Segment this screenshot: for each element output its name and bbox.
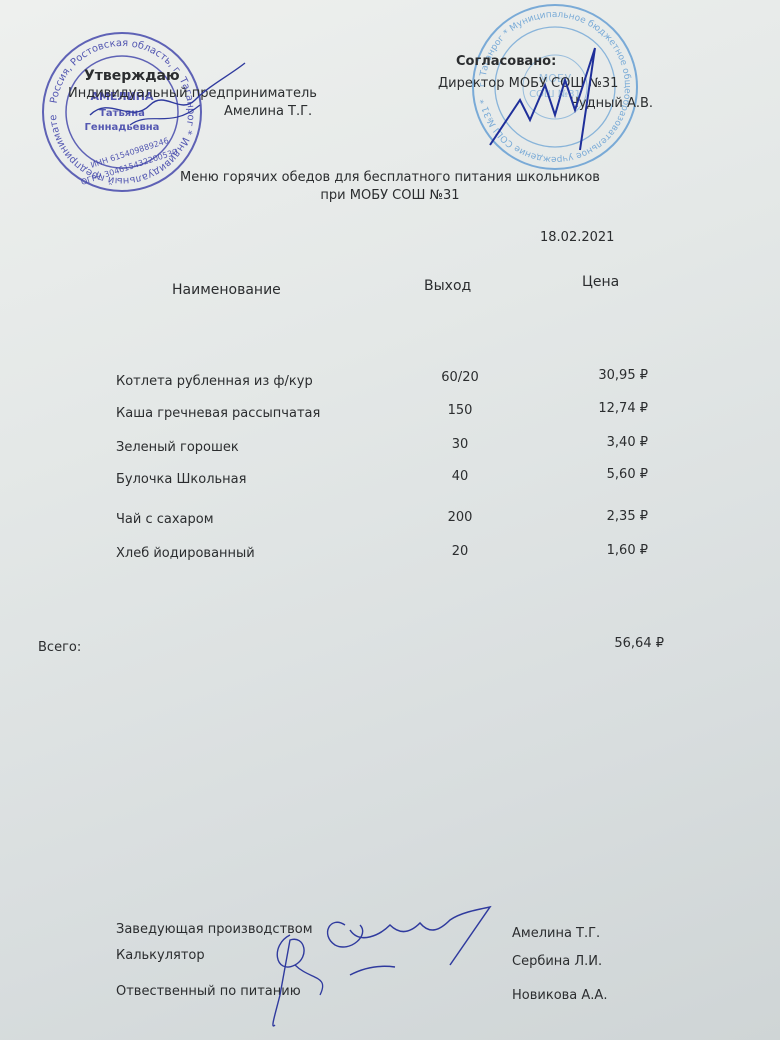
item-output: 40	[400, 469, 520, 484]
agreement-label: Согласовано:	[456, 54, 556, 69]
item-price: 5,60 ₽	[607, 467, 648, 482]
signer-role: Калькулятор	[116, 948, 205, 963]
item-name: Котлета рубленная из ф/кур	[116, 374, 313, 389]
approver-name: Амелина Т.Г.	[224, 104, 312, 119]
table-row: Зеленый горошек 30 3,40 ₽	[0, 440, 780, 462]
signer-role: Заведующая производством	[116, 922, 313, 937]
header-name: Наименование	[172, 282, 281, 298]
signer-name: Сербина Л.И.	[512, 954, 602, 969]
table-row: Котлета рубленная из ф/кур 60/20 30,95 ₽	[0, 374, 780, 396]
header-output: Выход	[424, 278, 471, 294]
item-output: 60/20	[400, 370, 520, 385]
document-title-line2: при МОБУ СОШ №31	[0, 188, 780, 203]
signer-role: Отвественный по питанию	[116, 984, 301, 999]
approver-role: Индивидуальный предприниматель	[68, 86, 317, 101]
table-row: Каша гречневая рассыпчатая 150 12,74 ₽	[0, 406, 780, 428]
svg-text:Геннадьевна: Геннадьевна	[85, 122, 160, 133]
signer-name: Амелина Т.Г.	[512, 926, 600, 941]
item-output: 30	[400, 437, 520, 452]
document-title-line1: Меню горячих обедов для бесплатного пита…	[0, 170, 780, 185]
item-name: Каша гречневая рассыпчатая	[116, 406, 320, 421]
item-name: Булочка Школьная	[116, 472, 246, 487]
approve-label: Утверждаю	[84, 68, 180, 84]
item-price: 12,74 ₽	[598, 401, 648, 416]
header-price: Цена	[582, 274, 619, 290]
svg-text:Татьяна: Татьяна	[99, 108, 145, 119]
item-name: Чай с сахаром	[116, 512, 214, 527]
item-price: 2,35 ₽	[607, 509, 648, 524]
item-name: Хлеб йодированный	[116, 546, 255, 561]
document-date: 18.02.2021	[540, 230, 614, 245]
item-output: 150	[400, 403, 520, 418]
item-output: 200	[400, 510, 520, 525]
item-price: 30,95 ₽	[598, 368, 648, 383]
total-label: Всего:	[38, 640, 81, 655]
item-output: 20	[400, 544, 520, 559]
agreement-name: Чудный А.В.	[570, 96, 653, 111]
item-price: 1,60 ₽	[607, 543, 648, 558]
table-row: Чай с сахаром 200 2,35 ₽	[0, 512, 780, 534]
item-name: Зеленый горошек	[116, 440, 239, 455]
item-price: 3,40 ₽	[607, 435, 648, 450]
signer-name: Новикова А.А.	[512, 988, 607, 1003]
total-value: 56,64 ₽	[614, 636, 664, 651]
table-row: Хлеб йодированный 20 1,60 ₽	[0, 546, 780, 568]
agreement-role: Директор МОБУ СОШ №31	[438, 76, 618, 91]
table-row: Булочка Школьная 40 5,60 ₽	[0, 472, 780, 494]
